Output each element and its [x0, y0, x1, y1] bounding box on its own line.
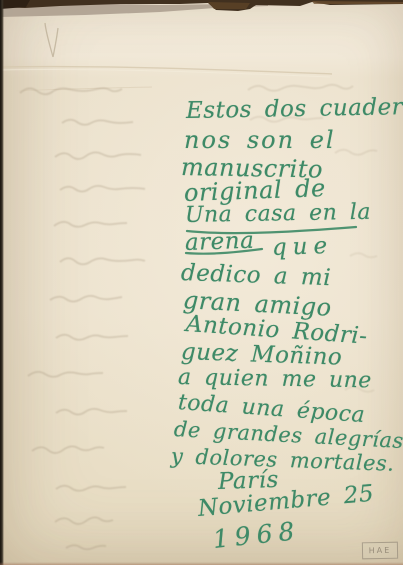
manuscript-line: a quien me une — [178, 367, 372, 392]
manuscript-line: nos son el — [184, 128, 336, 152]
archive-stamp: HAE — [362, 542, 398, 560]
manuscript-line: 1968 — [212, 518, 302, 552]
manuscript-line: que — [272, 235, 334, 260]
manuscript-line: Estos dos cuader- — [186, 96, 403, 123]
manuscript-photo: Estos dos cuader- nos son el manuscrito … — [0, 0, 403, 565]
photo-left-edge — [0, 0, 4, 565]
manuscript-line: y dolores mortales. — [171, 446, 395, 475]
manuscript-line: dedico a mi — [181, 262, 332, 290]
manuscript-line: Una casa en la — [185, 202, 371, 227]
manuscript-line: arena — [185, 230, 255, 255]
dedication-text: Estos dos cuader- nos son el manuscrito … — [0, 0, 403, 565]
